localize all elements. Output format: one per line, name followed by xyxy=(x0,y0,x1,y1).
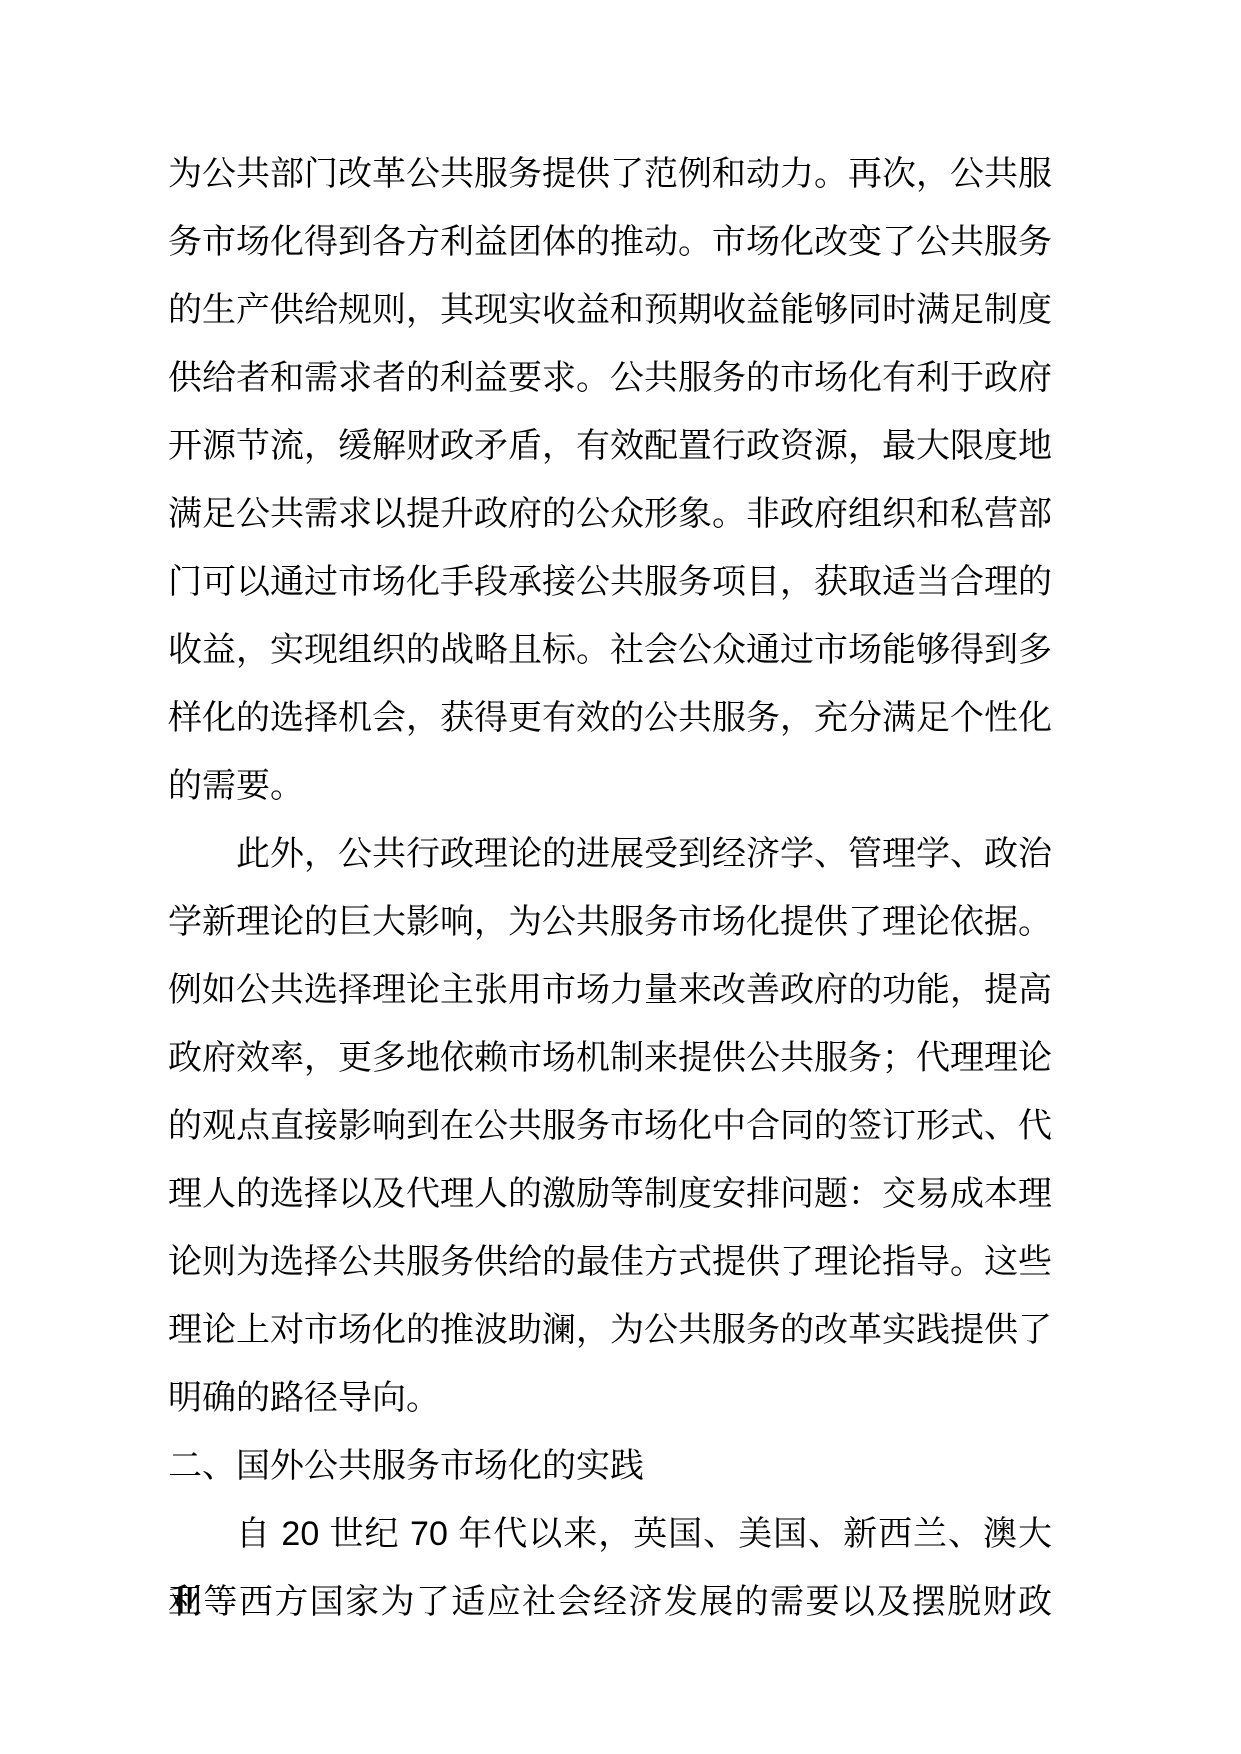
text-line: 样化的选择机会，获得更有效的公共服务，充分满足个性化 xyxy=(168,684,1052,752)
text-line: 此外，公共行政理论的进展受到经济学、管理学、政治 xyxy=(168,820,1052,888)
document-page: 为公共部门改革公共服务提供了范例和动力。再次，公共服务市场化得到各方利益团体的推… xyxy=(0,0,1241,1754)
text-line: 论则为选择公共服务供给的最佳方式提供了理论指导。这些 xyxy=(168,1228,1052,1296)
text-line: 例如公共选择理论主张用市场力量来改善政府的功能，提高 xyxy=(168,956,1052,1024)
text-line: 的生产供给规则，其现实收益和预期收益能够同时满足制度 xyxy=(168,276,1052,344)
text-line: 理论上对市场化的推波助澜，为公共服务的改革实践提供了 xyxy=(168,1296,1052,1364)
text-line: 的需要。 xyxy=(168,752,1052,820)
text-line: 为公共部门改革公共服务提供了范例和动力。再次，公共服 xyxy=(168,140,1052,208)
text-line: 门可以通过市场化手段承接公共服务项目，获取适当合理的 xyxy=(168,548,1052,616)
text-line: 的观点直接影响到在公共服务市场化中合同的签订形式、代 xyxy=(168,1092,1052,1160)
text-line: 自 20 世纪 70 年代以来，英国、美国、新西兰、澳大利 xyxy=(168,1500,1052,1568)
text-line: 亚等西方国家为了适应社会经济发展的需要以及摆脱财政 xyxy=(168,1568,1052,1636)
section-heading: 二、国外公共服务市场化的实践 xyxy=(168,1432,1052,1500)
text-line: 收益，实现组织的战略且标。社会公众通过市场能够得到多 xyxy=(168,616,1052,684)
text-line: 学新理论的巨大影响，为公共服务市场化提供了理论依据。 xyxy=(168,888,1052,956)
text-line: 供给者和需求者的利益要求。公共服务的市场化有利于政府 xyxy=(168,344,1052,412)
text-line: 理人的选择以及代理人的激励等制度安排问题：交易成本理 xyxy=(168,1160,1052,1228)
text-line: 开源节流，缓解财政矛盾，有效配置行政资源，最大限度地 xyxy=(168,412,1052,480)
text-line: 满足公共需求以提升政府的公众形象。非政府组织和私营部 xyxy=(168,480,1052,548)
document-lines: 为公共部门改革公共服务提供了范例和动力。再次，公共服务市场化得到各方利益团体的推… xyxy=(168,140,1052,1636)
text-line: 务市场化得到各方利益团体的推动。市场化改变了公共服务 xyxy=(168,208,1052,276)
text-line: 明确的路径导向。 xyxy=(168,1364,1052,1432)
text-line: 政府效率，更多地依赖市场机制来提供公共服务；代理理论 xyxy=(168,1024,1052,1092)
